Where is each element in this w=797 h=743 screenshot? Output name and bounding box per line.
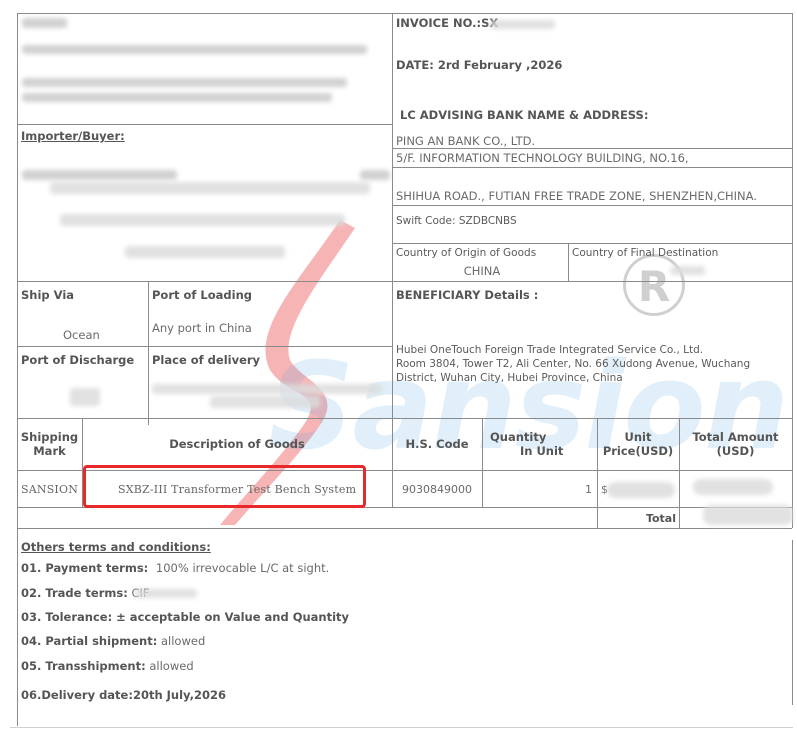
swift-code: Swift Code: SZDBCNBS [396, 214, 517, 228]
destination-value-redacted [670, 266, 705, 275]
header-total-amount-line2: (USD) [679, 444, 792, 458]
seller-address-line3-redacted [22, 93, 332, 102]
place-of-delivery-label: Place of delivery [152, 353, 260, 367]
importer-label: Importer/Buyer: [21, 129, 125, 143]
port-of-discharge-label: Port of Discharge [21, 353, 134, 367]
term-partial-shipment-value: allowed [161, 634, 205, 648]
seller-address-line2-redacted [22, 78, 347, 87]
term-tolerance-label: 03. Tolerance: ± acceptable on Value and… [21, 610, 349, 624]
header-description: Description of Goods [82, 437, 392, 451]
invoice-number-label: INVOICE NO.:SX [396, 16, 498, 30]
invoice-date: DATE: 2rd February ,2026 [396, 58, 562, 72]
total-label: Total [610, 512, 676, 526]
beneficiary-label: BENEFICIARY Details : [396, 288, 538, 302]
beneficiary-line2: Room 3804, Tower T2, Ali Center, No. 66 … [396, 357, 750, 371]
bank-address-line2: SHIHUA ROAD., FUTIAN FREE TRADE ZONE, SH… [396, 189, 757, 203]
term-tolerance: 03. Tolerance: ± acceptable on Value and… [21, 610, 349, 624]
header-unit-price-line2: Price(USD) [597, 444, 679, 458]
header-quantity: Quantity In Unit [490, 430, 563, 458]
ship-via-label: Ship Via [21, 288, 74, 302]
origin-label: Country of Origin of Goods [396, 246, 536, 260]
term-payment: 01. Payment terms: 100% irrevocable L/C … [21, 561, 329, 575]
header-unit-price-line1: Unit [597, 430, 679, 444]
bank-address-line1: 5/F. INFORMATION TECHNOLOGY BUILDING, NO… [396, 151, 689, 165]
row-hs-code: 9030849000 [392, 483, 482, 497]
term-delivery-date: 06.Delivery date:20th July,2026 [21, 688, 226, 702]
term-payment-value: 100% irrevocable L/C at sight. [156, 561, 329, 575]
term-transshipment-label: 05. Transshipment: [21, 659, 146, 673]
invoice-number-redacted [490, 20, 555, 29]
total-value-redacted [703, 505, 793, 525]
header-shipping-mark-line2: Mark [17, 444, 82, 458]
header-quantity-line2: In Unit [490, 444, 563, 458]
term-trade: 02. Trade terms: CIF [21, 586, 150, 600]
header-unit-price: Unit Price(USD) [597, 430, 679, 458]
lc-bank-label: LC ADVISING BANK NAME & ADDRESS: [400, 108, 648, 122]
header-shipping-mark-line1: Shipping [17, 430, 82, 444]
highlight-box [83, 465, 366, 508]
term-transshipment-value: allowed [149, 659, 193, 673]
bank-name: PING AN BANK CO., LTD. [396, 134, 535, 148]
place-of-delivery-redacted [152, 384, 382, 394]
row-total-amount-redacted [693, 479, 773, 495]
term-partial-shipment: 04. Partial shipment: allowed [21, 634, 205, 648]
term-trade-redacted [135, 589, 197, 598]
beneficiary-line1: Hubei OneTouch Foreign Trade Integrated … [396, 343, 703, 357]
header-shipping-mark: Shipping Mark [17, 430, 82, 458]
seller-name-redacted [22, 18, 67, 28]
term-delivery-date-label: 06.Delivery date:20th July,2026 [21, 688, 226, 702]
row-quantity: 1 [482, 483, 592, 497]
terms-title: Others terms and conditions: [21, 540, 211, 554]
term-payment-label: 01. Payment terms: [21, 561, 148, 575]
header-total-amount: Total Amount (USD) [679, 430, 792, 458]
row-shipping-mark: SANSION [17, 483, 82, 497]
term-transshipment: 05. Transshipment: allowed [21, 659, 194, 673]
header-quantity-line1: Quantity [490, 430, 563, 444]
row-unit-price-redacted [607, 482, 675, 498]
header-total-amount-line1: Total Amount [679, 430, 792, 444]
registered-mark-icon: R [623, 254, 685, 316]
seller-address-line1-redacted [22, 45, 367, 54]
ship-via-value: Ocean [63, 328, 100, 342]
term-partial-shipment-label: 04. Partial shipment: [21, 634, 157, 648]
header-hs-code: H.S. Code [392, 437, 482, 451]
origin-value: CHINA [396, 264, 568, 278]
beneficiary-line3: District, Wuhan City, Hubei Province, Ch… [396, 371, 623, 385]
destination-label: Country of Final Destination [572, 246, 718, 260]
term-trade-label: 02. Trade terms: [21, 586, 128, 600]
port-of-loading-label: Port of Loading [152, 288, 252, 302]
port-of-loading-value: Any port in China [152, 321, 252, 335]
port-of-discharge-redacted [70, 388, 100, 406]
